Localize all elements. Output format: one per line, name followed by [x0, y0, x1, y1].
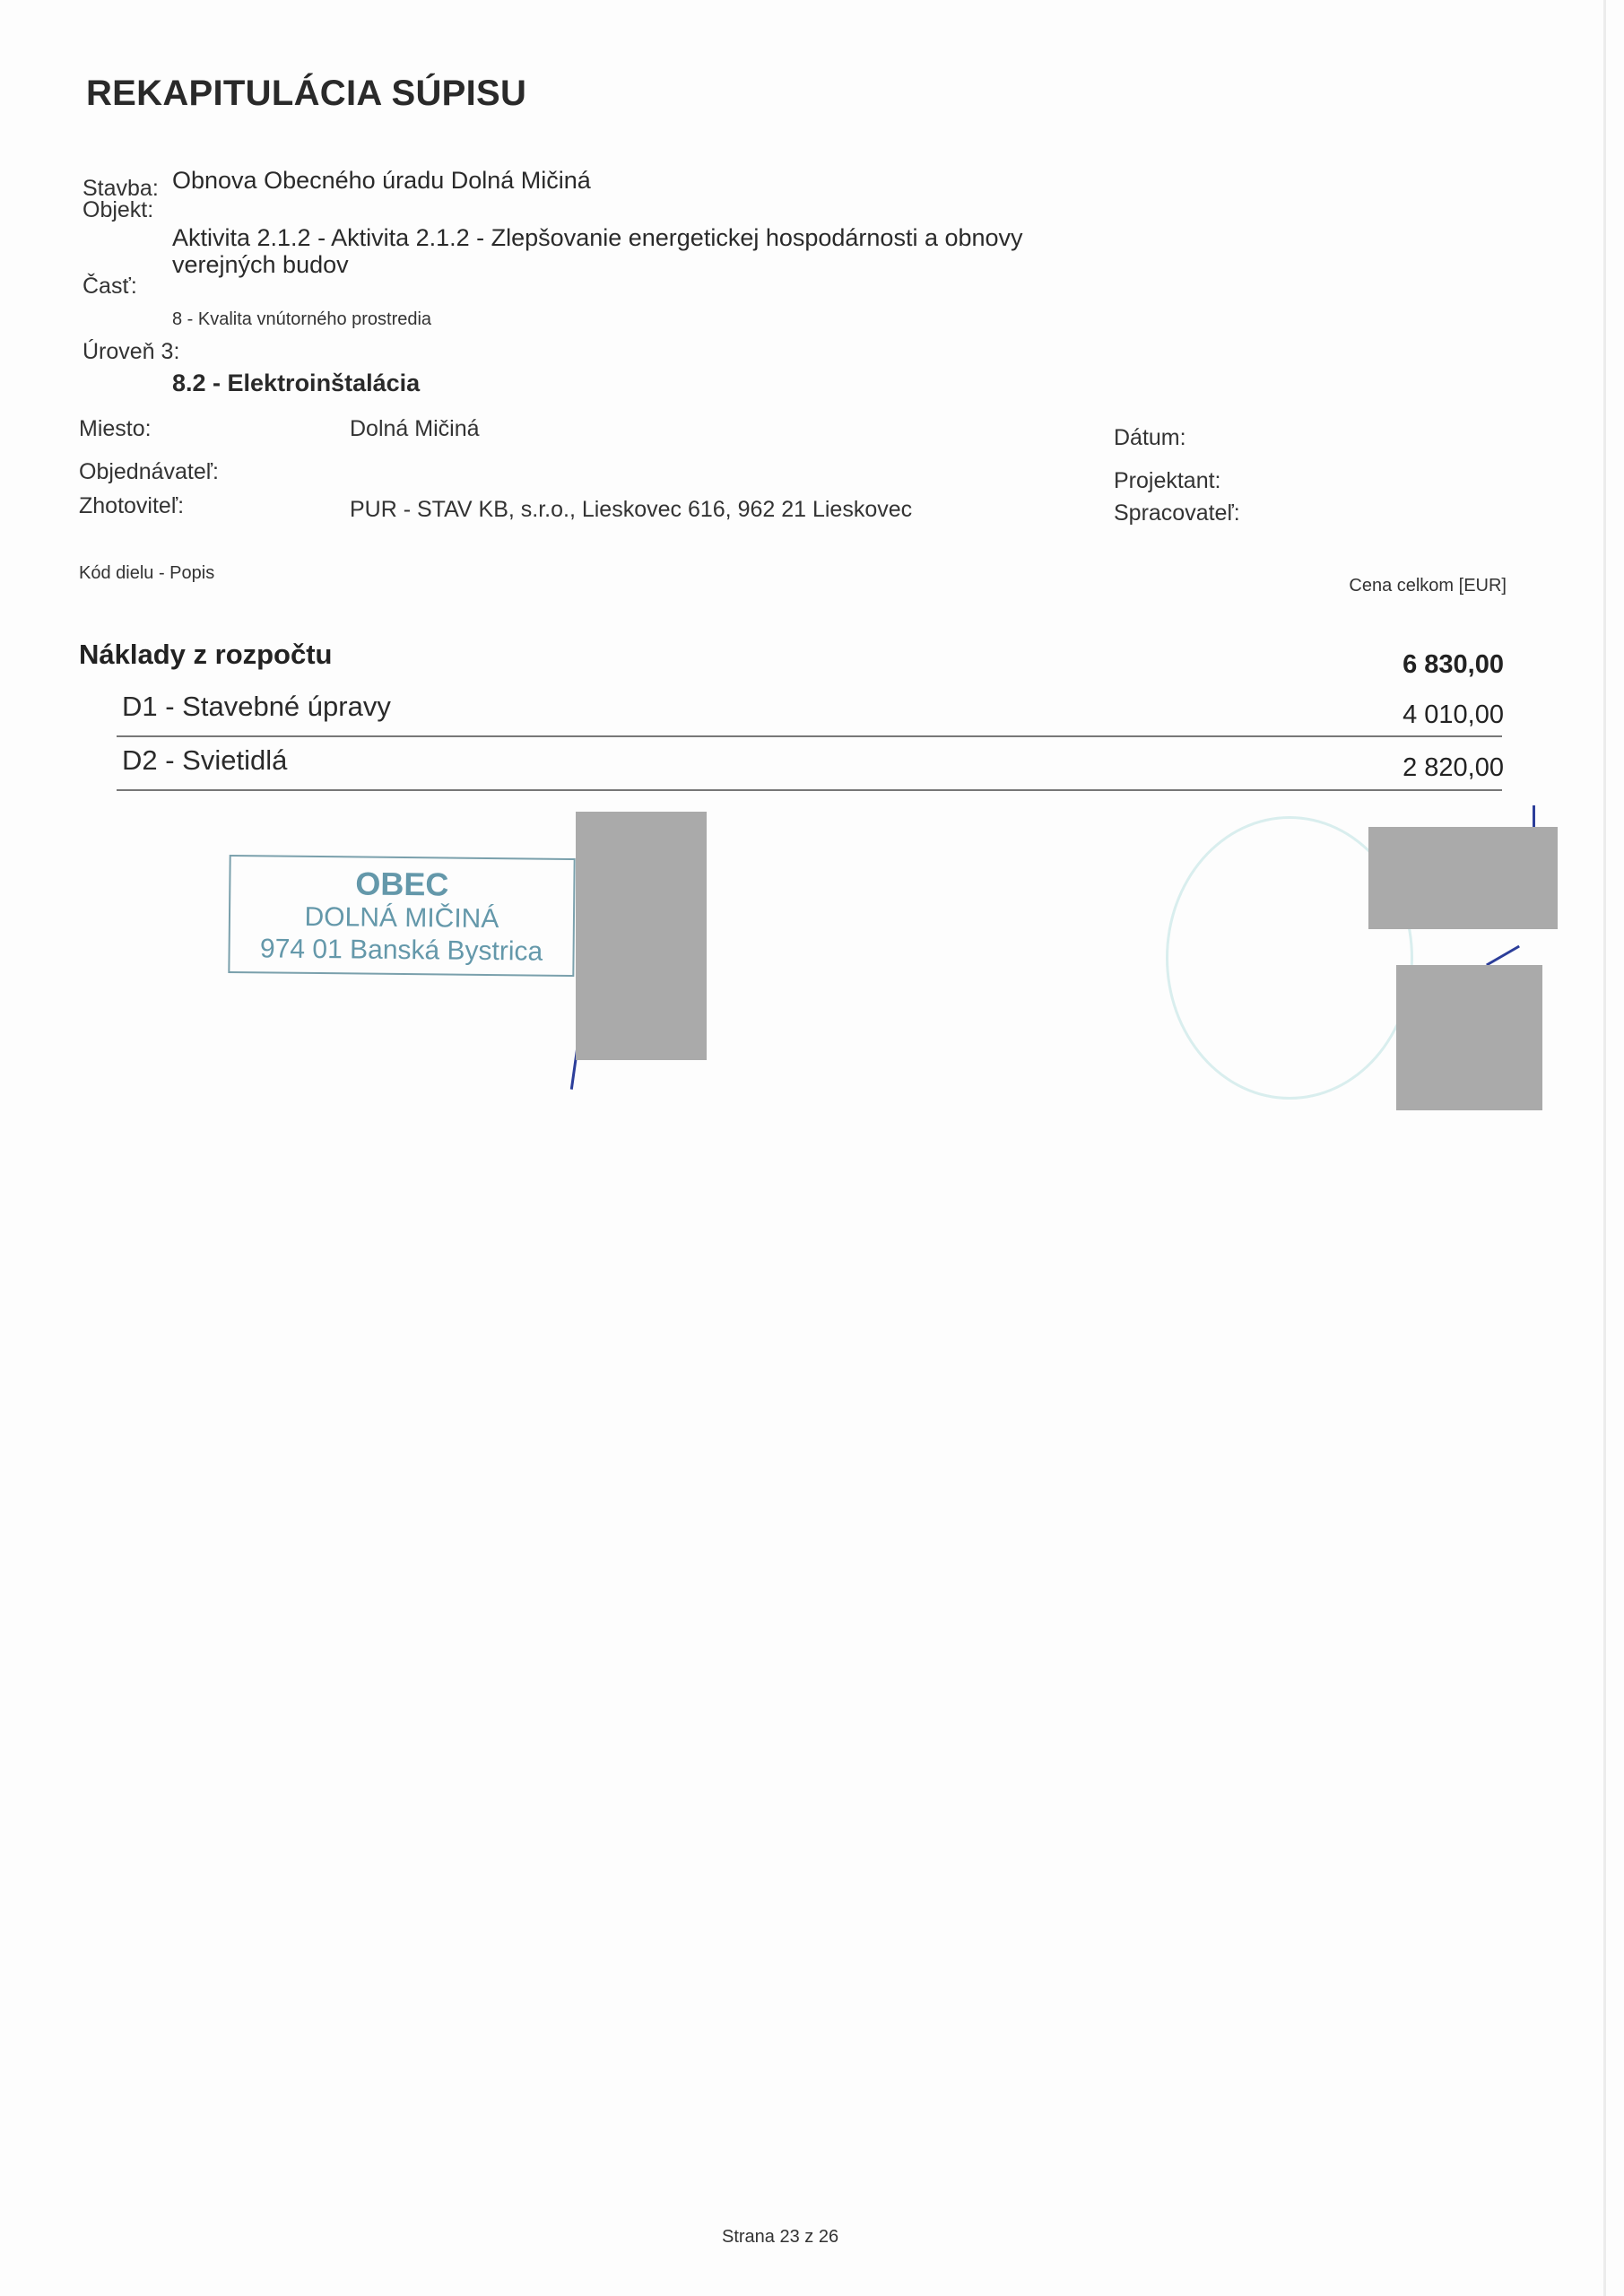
row-d2-label: D2 - Svietidlá [122, 744, 287, 777]
page-number: Strana 23 z 26 [722, 2227, 838, 2248]
miesto-label: Miesto: [79, 416, 152, 442]
row-divider [117, 735, 1502, 737]
column-header-code-desc: Kód dielu - Popis [79, 563, 214, 584]
page-edge [1603, 0, 1606, 2296]
stamp-line1: OBEC [230, 864, 573, 905]
page-title: REKAPITULÁCIA SÚPISU [86, 74, 526, 114]
cast-value: 8 - Kvalita vnútorného prostredia [172, 309, 431, 330]
miesto-value: Dolná Mičiná [350, 416, 480, 442]
projektant-label: Projektant: [1114, 468, 1221, 494]
zhotovitel-label: Zhotoviteľ: [79, 493, 184, 519]
redacted-signature [1396, 965, 1542, 1110]
row-d1-value: 4 010,00 [1235, 700, 1504, 730]
row-d1-label: D1 - Stavebné úpravy [122, 691, 391, 723]
datum-label: Dátum: [1114, 425, 1186, 451]
redacted-signature [1368, 827, 1558, 929]
redacted-signature [576, 812, 707, 1060]
objednavatel-label: Objednávateľ: [79, 459, 219, 485]
stamp-line3: 974 01 Banská Bystrica [230, 934, 572, 968]
row-divider [117, 789, 1502, 791]
zhotovitel-value: PUR - STAV KB, s.r.o., Lieskovec 616, 96… [350, 497, 912, 523]
total-label: Náklady z rozpočtu [79, 639, 333, 671]
spracovatel-label: Spracovateľ: [1114, 500, 1240, 526]
total-value: 6 830,00 [1235, 650, 1504, 680]
stamp-line2: DOLNÁ MIČINÁ [230, 901, 573, 935]
signature-stroke [1486, 945, 1520, 967]
objekt-value-line1: Aktivita 2.1.2 - Aktivita 2.1.2 - Zlepšo… [172, 224, 1023, 252]
uroven-value: 8.2 - Elektroinštalácia [172, 370, 420, 397]
row-d2-value: 2 820,00 [1235, 753, 1504, 783]
municipal-stamp: OBEC DOLNÁ MIČINÁ 974 01 Banská Bystrica [228, 855, 575, 977]
stavba-value: Obnova Obecného úradu Dolná Mičiná [172, 167, 591, 195]
objekt-label: Objekt: [83, 197, 153, 223]
column-header-price: Cena celkom [EUR] [1238, 576, 1507, 596]
cast-label: Časť: [83, 274, 137, 300]
objekt-value-line2: verejných budov [172, 251, 349, 279]
uroven-label: Úroveň 3: [83, 339, 179, 365]
